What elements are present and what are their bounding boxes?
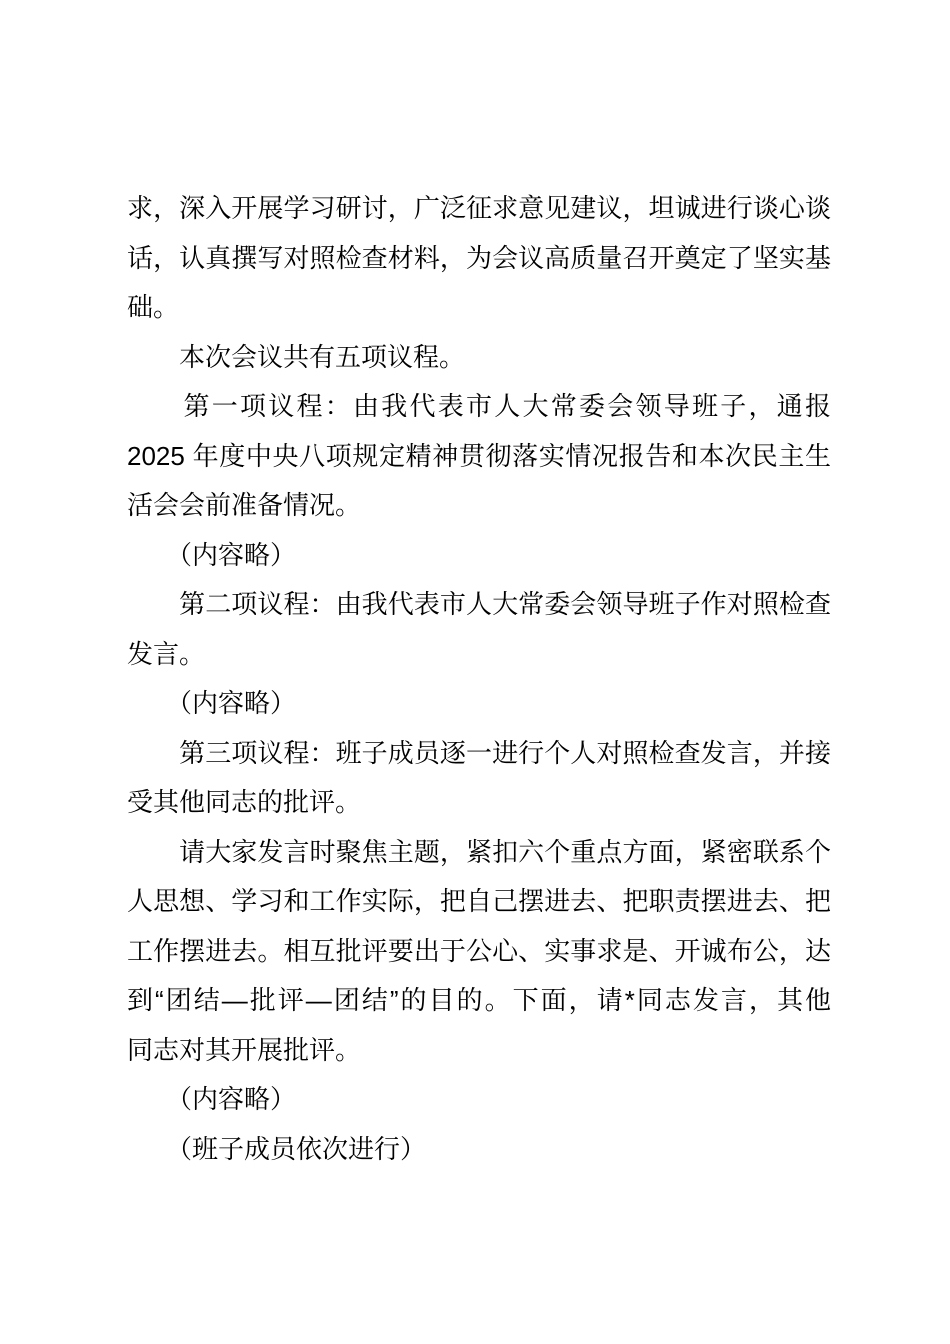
text-line: 第二项议程：由我代表市人大常委会领导班子作对照检查	[127, 580, 831, 630]
text-line: （班子成员依次进行）	[127, 1125, 831, 1175]
text-line: 础。	[127, 283, 831, 333]
text-line: 到“团结—批评—团结”的目的。下面，请*同志发言，其他	[127, 976, 831, 1026]
text-line: （内容略）	[127, 1075, 831, 1125]
text-line: 同志对其开展批评。	[127, 1026, 831, 1076]
text-line: 求，深入开展学习研讨，广泛征求意见建议，坦诚进行谈心谈	[127, 184, 831, 234]
text-line: 2025 年度中央八项规定精神贯彻落实情况报告和本次民主生	[127, 432, 831, 482]
text-line: 发言。	[127, 630, 831, 680]
text-line: （内容略）	[127, 679, 831, 729]
text-line: 第一项议程：由我代表市人大常委会领导班子，通报	[127, 382, 831, 432]
document-page: 求，深入开展学习研讨，广泛征求意见建议，坦诚进行谈心谈 话，认真撰写对照检查材料…	[0, 0, 950, 1344]
text-line: 请大家发言时聚焦主题，紧扣六个重点方面，紧密联系个	[127, 828, 831, 878]
text-line: 人思想、学习和工作实际，把自己摆进去、把职责摆进去、把	[127, 877, 831, 927]
text-line: 本次会议共有五项议程。	[127, 333, 831, 383]
document-text-block: 求，深入开展学习研讨，广泛征求意见建议，坦诚进行谈心谈 话，认真撰写对照检查材料…	[127, 184, 831, 1174]
text-line: 受其他同志的批评。	[127, 778, 831, 828]
text-line: 话，认真撰写对照检查材料，为会议高质量召开奠定了坚实基	[127, 234, 831, 284]
text-line: 活会会前准备情况。	[127, 481, 831, 531]
text-line: 工作摆进去。相互批评要出于公心、实事求是、开诚布公，达	[127, 927, 831, 977]
text-line: 第三项议程：班子成员逐一进行个人对照检查发言，并接	[127, 729, 831, 779]
text-line: （内容略）	[127, 531, 831, 581]
